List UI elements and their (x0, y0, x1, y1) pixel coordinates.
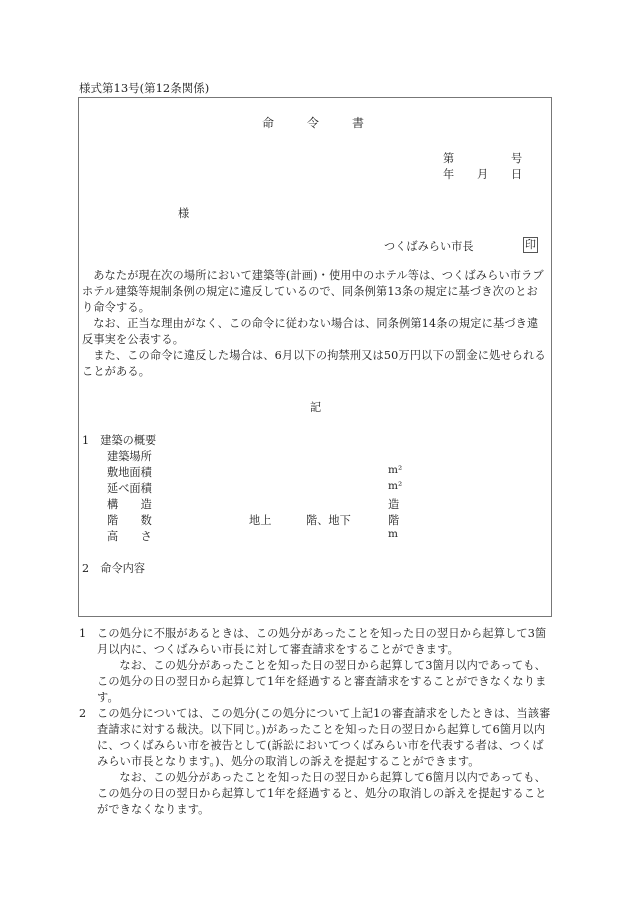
issuer-name: つくばみらい市長 (384, 238, 474, 254)
unit-sqm: m² (388, 464, 402, 476)
number-prefix: 第 (443, 150, 511, 166)
row-label-height: 高 さ (107, 528, 152, 544)
row-label-floor-area: 延べ面積 (107, 480, 152, 496)
year-label: 年 (443, 166, 477, 182)
section2-heading: 2 命令内容 (82, 560, 145, 576)
appeal-notes: 1 この処分に不服があるときは、この処分があったことを知った日の翌日から起算して… (79, 626, 553, 818)
unit-structure: 造 (388, 496, 399, 512)
body-paragraph: また、この命令に違反した場合は、6月以下の拘禁刑又は50万円以下の罰金に処せられ… (82, 348, 548, 380)
note-number: 1 (79, 626, 86, 642)
floors-above-label: 地上 (249, 512, 271, 528)
note-number: 2 (79, 706, 86, 722)
row-label-structure: 構 造 (107, 496, 152, 512)
document-number-line: 第号 (443, 150, 522, 166)
number-suffix: 号 (511, 150, 522, 166)
addressee-suffix: 様 (178, 205, 189, 221)
row-label-site-area: 敷地面積 (107, 464, 152, 480)
note-item: 2 この処分については、この処分(この処分について上記1の審査請求をしたときは、… (79, 706, 553, 818)
section1-heading: 1 建築の概要 (82, 432, 156, 448)
floors-below-label: 階、地下 (306, 512, 351, 528)
seal-stamp-box: 印 (523, 237, 538, 253)
unit-floors: 階 (388, 512, 399, 528)
title-char: 命 (262, 114, 307, 131)
day-label: 日 (511, 166, 522, 182)
note-item: 1 この処分に不服があるときは、この処分があったことを知った日の翌日から起算して… (79, 626, 553, 706)
ki-heading: 記 (310, 399, 321, 415)
note-subtext: なお、この処分があったことを知った日の翌日から起算して3箇月以内であっても、この… (97, 658, 553, 706)
date-line: 年月日 (443, 166, 522, 182)
row-label-site: 建築場所 (107, 448, 152, 464)
title-char: 令 (307, 114, 352, 131)
note-text: この処分については、この処分(この処分について上記1の審査請求をしたときは、当該… (97, 706, 553, 770)
title-char: 書 (352, 114, 397, 131)
unit-meter: m (388, 528, 398, 540)
note-subtext: なお、この処分があったことを知った日の翌日から起算して6箇月以内であっても、この… (97, 770, 553, 818)
form-label: 様式第13号(第12条関係) (79, 80, 209, 96)
month-label: 月 (477, 166, 511, 182)
document-title: 命令書 (262, 114, 397, 131)
body-paragraph: あなたが現在次の場所において建築等(計画)・使用中のホテル等は、つくばみらい市ラ… (82, 268, 548, 316)
row-label-floors: 階 数 (107, 512, 152, 528)
note-text: この処分に不服があるときは、この処分があったことを知った日の翌日から起算して3箇… (97, 626, 553, 658)
unit-sqm: m² (388, 480, 402, 492)
body-paragraph: なお、正当な理由がなく、この命令に従わない場合は、同条例第14条の規定に基づき違… (82, 316, 548, 348)
